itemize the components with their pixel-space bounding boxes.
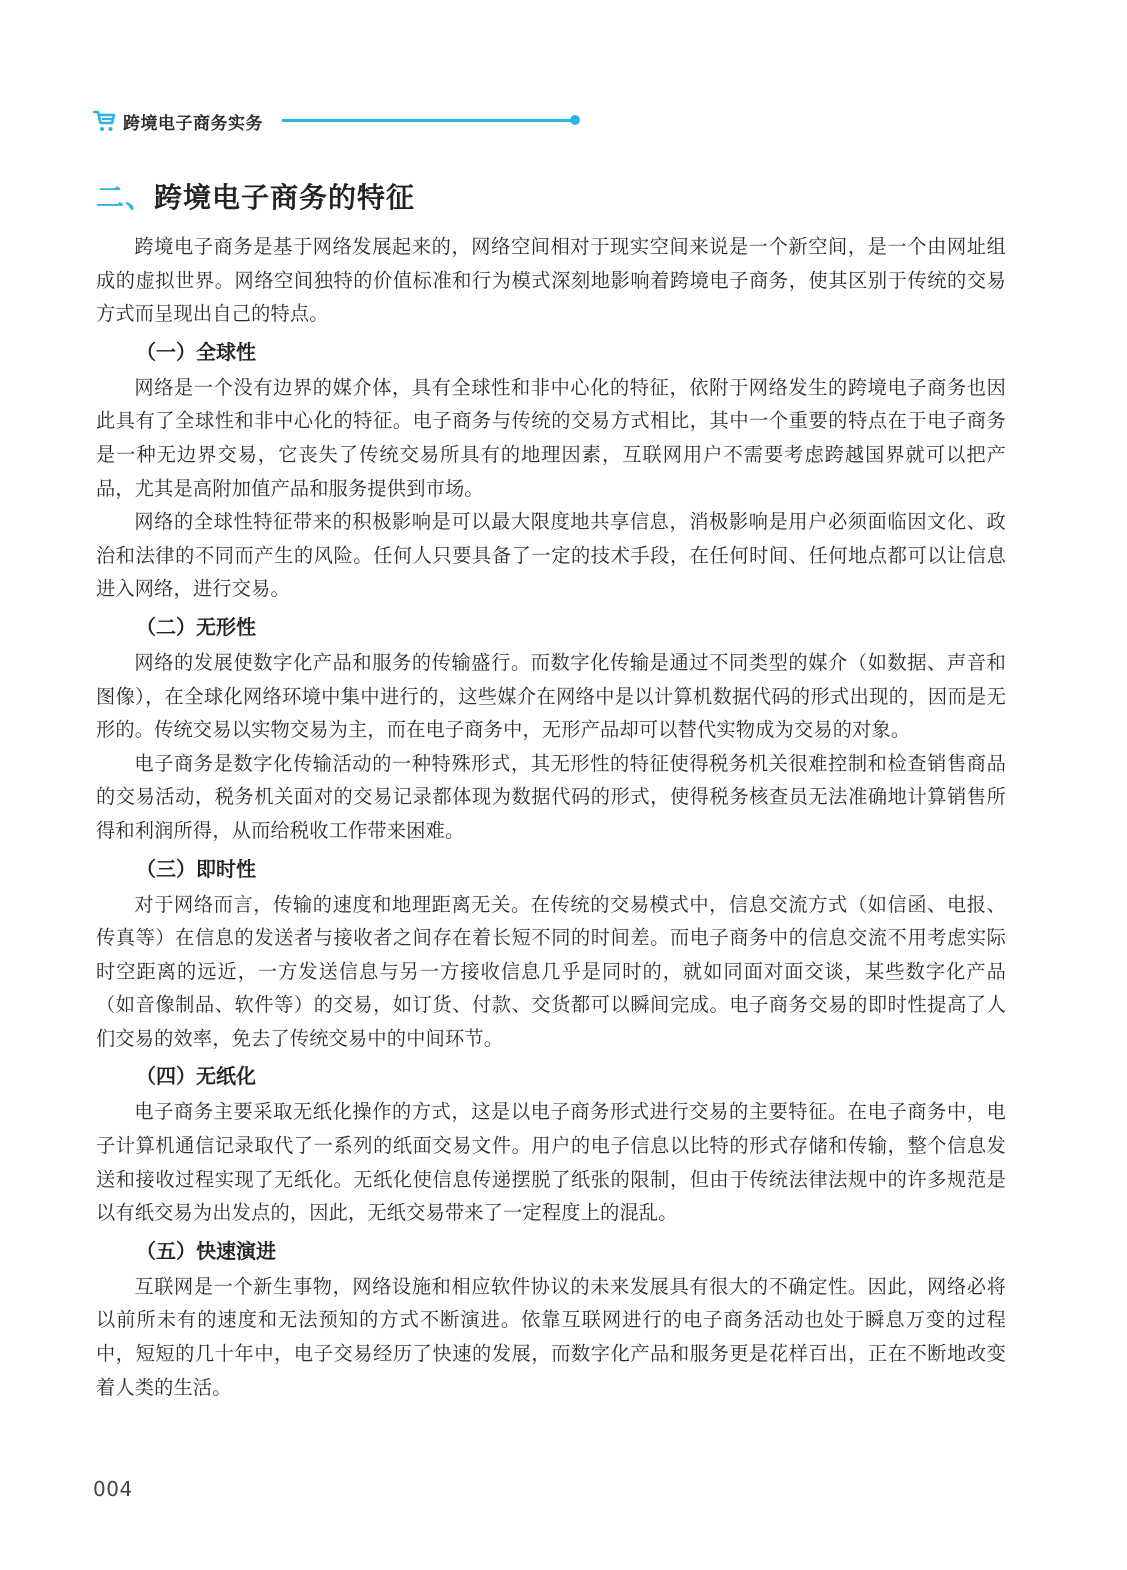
section-title-text: 跨境电子商务的特征 — [154, 181, 415, 214]
subsection-heading-rapid-evolution: （五）快速演进 — [136, 1236, 1006, 1266]
paragraph: 对于网络而言，传输的速度和地理距离无关。在传统的交易模式中，信息交流方式（如信函… — [96, 888, 1006, 1056]
section-title: 二、跨境电子商务的特征 — [96, 176, 415, 216]
subsection-heading-global: （一）全球性 — [136, 337, 1006, 367]
paragraph: 网络是一个没有边界的媒介体，具有全球性和非中心化的特征，依附于网络发生的跨境电子… — [96, 371, 1006, 505]
paragraph: 电子商务主要采取无纸化操作的方式，这是以电子商务形式进行交易的主要特征。在电子商… — [96, 1095, 1006, 1229]
header-divider-dot — [570, 115, 580, 125]
shopping-cart-icon — [93, 109, 117, 133]
book-title: 跨境电子商务实务 — [123, 109, 263, 134]
body-content: 跨境电子商务是基于网络发展起来的，网络空间相对于现实空间来说是一个新空间，是一个… — [96, 230, 1006, 1404]
subsection-heading-intangible: （二）无形性 — [136, 612, 1006, 642]
subsection-heading-paperless: （四）无纸化 — [136, 1061, 1006, 1091]
intro-paragraph: 跨境电子商务是基于网络发展起来的，网络空间相对于现实空间来说是一个新空间，是一个… — [96, 230, 1006, 331]
header-divider-line — [282, 119, 574, 122]
page-number: 004 — [93, 1477, 133, 1501]
paragraph: 网络的全球性特征带来的积极影响是可以最大限度地共享信息，消极影响是用户必须面临因… — [96, 505, 1006, 606]
subsection-heading-immediacy: （三）即时性 — [136, 854, 1006, 884]
running-header: 跨境电子商务实务 — [93, 107, 263, 135]
paragraph: 电子商务是数字化传输活动的一种特殊形式，其无形性的特征使得税务机关很难控制和检查… — [96, 747, 1006, 848]
section-number: 二、 — [96, 181, 154, 214]
paragraph: 互联网是一个新生事物，网络设施和相应软件协议的未来发展具有很大的不确定性。因此，… — [96, 1270, 1006, 1404]
paragraph: 网络的发展使数字化产品和服务的传输盛行。而数字化传输是通过不同类型的媒介（如数据… — [96, 646, 1006, 747]
